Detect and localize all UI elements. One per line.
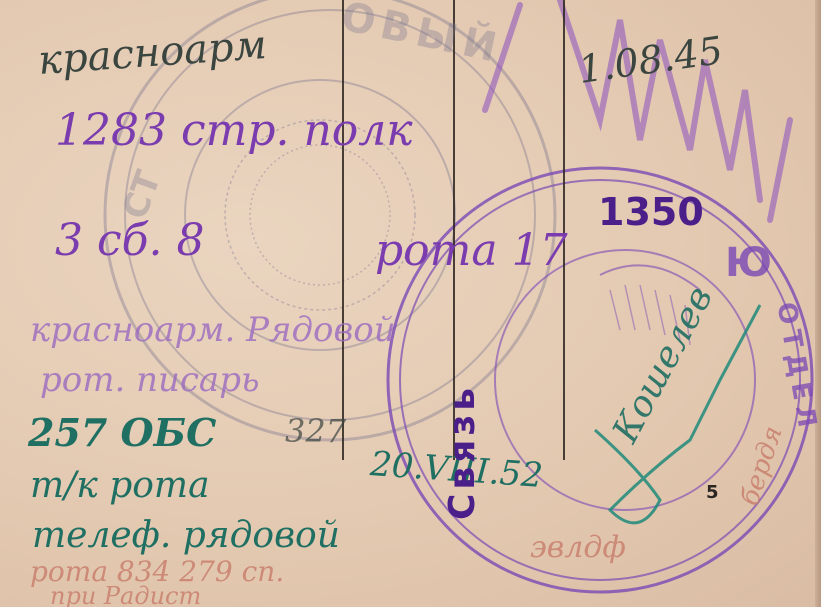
vertical-stamp-text: Связь — [442, 384, 483, 520]
regiment-entry: 1283 стр. полк — [55, 105, 413, 156]
purple-scribble — [485, 0, 790, 220]
telephone-private-entry: телеф. рядовой — [32, 515, 340, 556]
position-entry: красноарм. Рядовой — [30, 310, 396, 350]
corner-number: 5 — [706, 482, 719, 503]
battalion-257-entry: 257 ОБС — [28, 410, 216, 455]
stamp-number: 1350 — [598, 190, 704, 234]
clerk-entry: рот. писарь — [40, 360, 259, 400]
red-radio-entry: при Радист — [50, 582, 201, 607]
stamp-letter: Ю — [725, 240, 772, 286]
company-entry: рота 17 — [375, 225, 568, 276]
extra-number-entry: 327 — [285, 412, 346, 450]
telephone-company-entry: т/к рота — [30, 465, 210, 506]
document-page: ОВЫЙ СТ красноарм 1.08.45 1283 стр. полк… — [0, 0, 821, 607]
battalion-entry: 3 сб. 8 — [55, 215, 204, 266]
ruled-line-1 — [342, 0, 344, 460]
bottom-note: эвлдф — [530, 530, 626, 565]
